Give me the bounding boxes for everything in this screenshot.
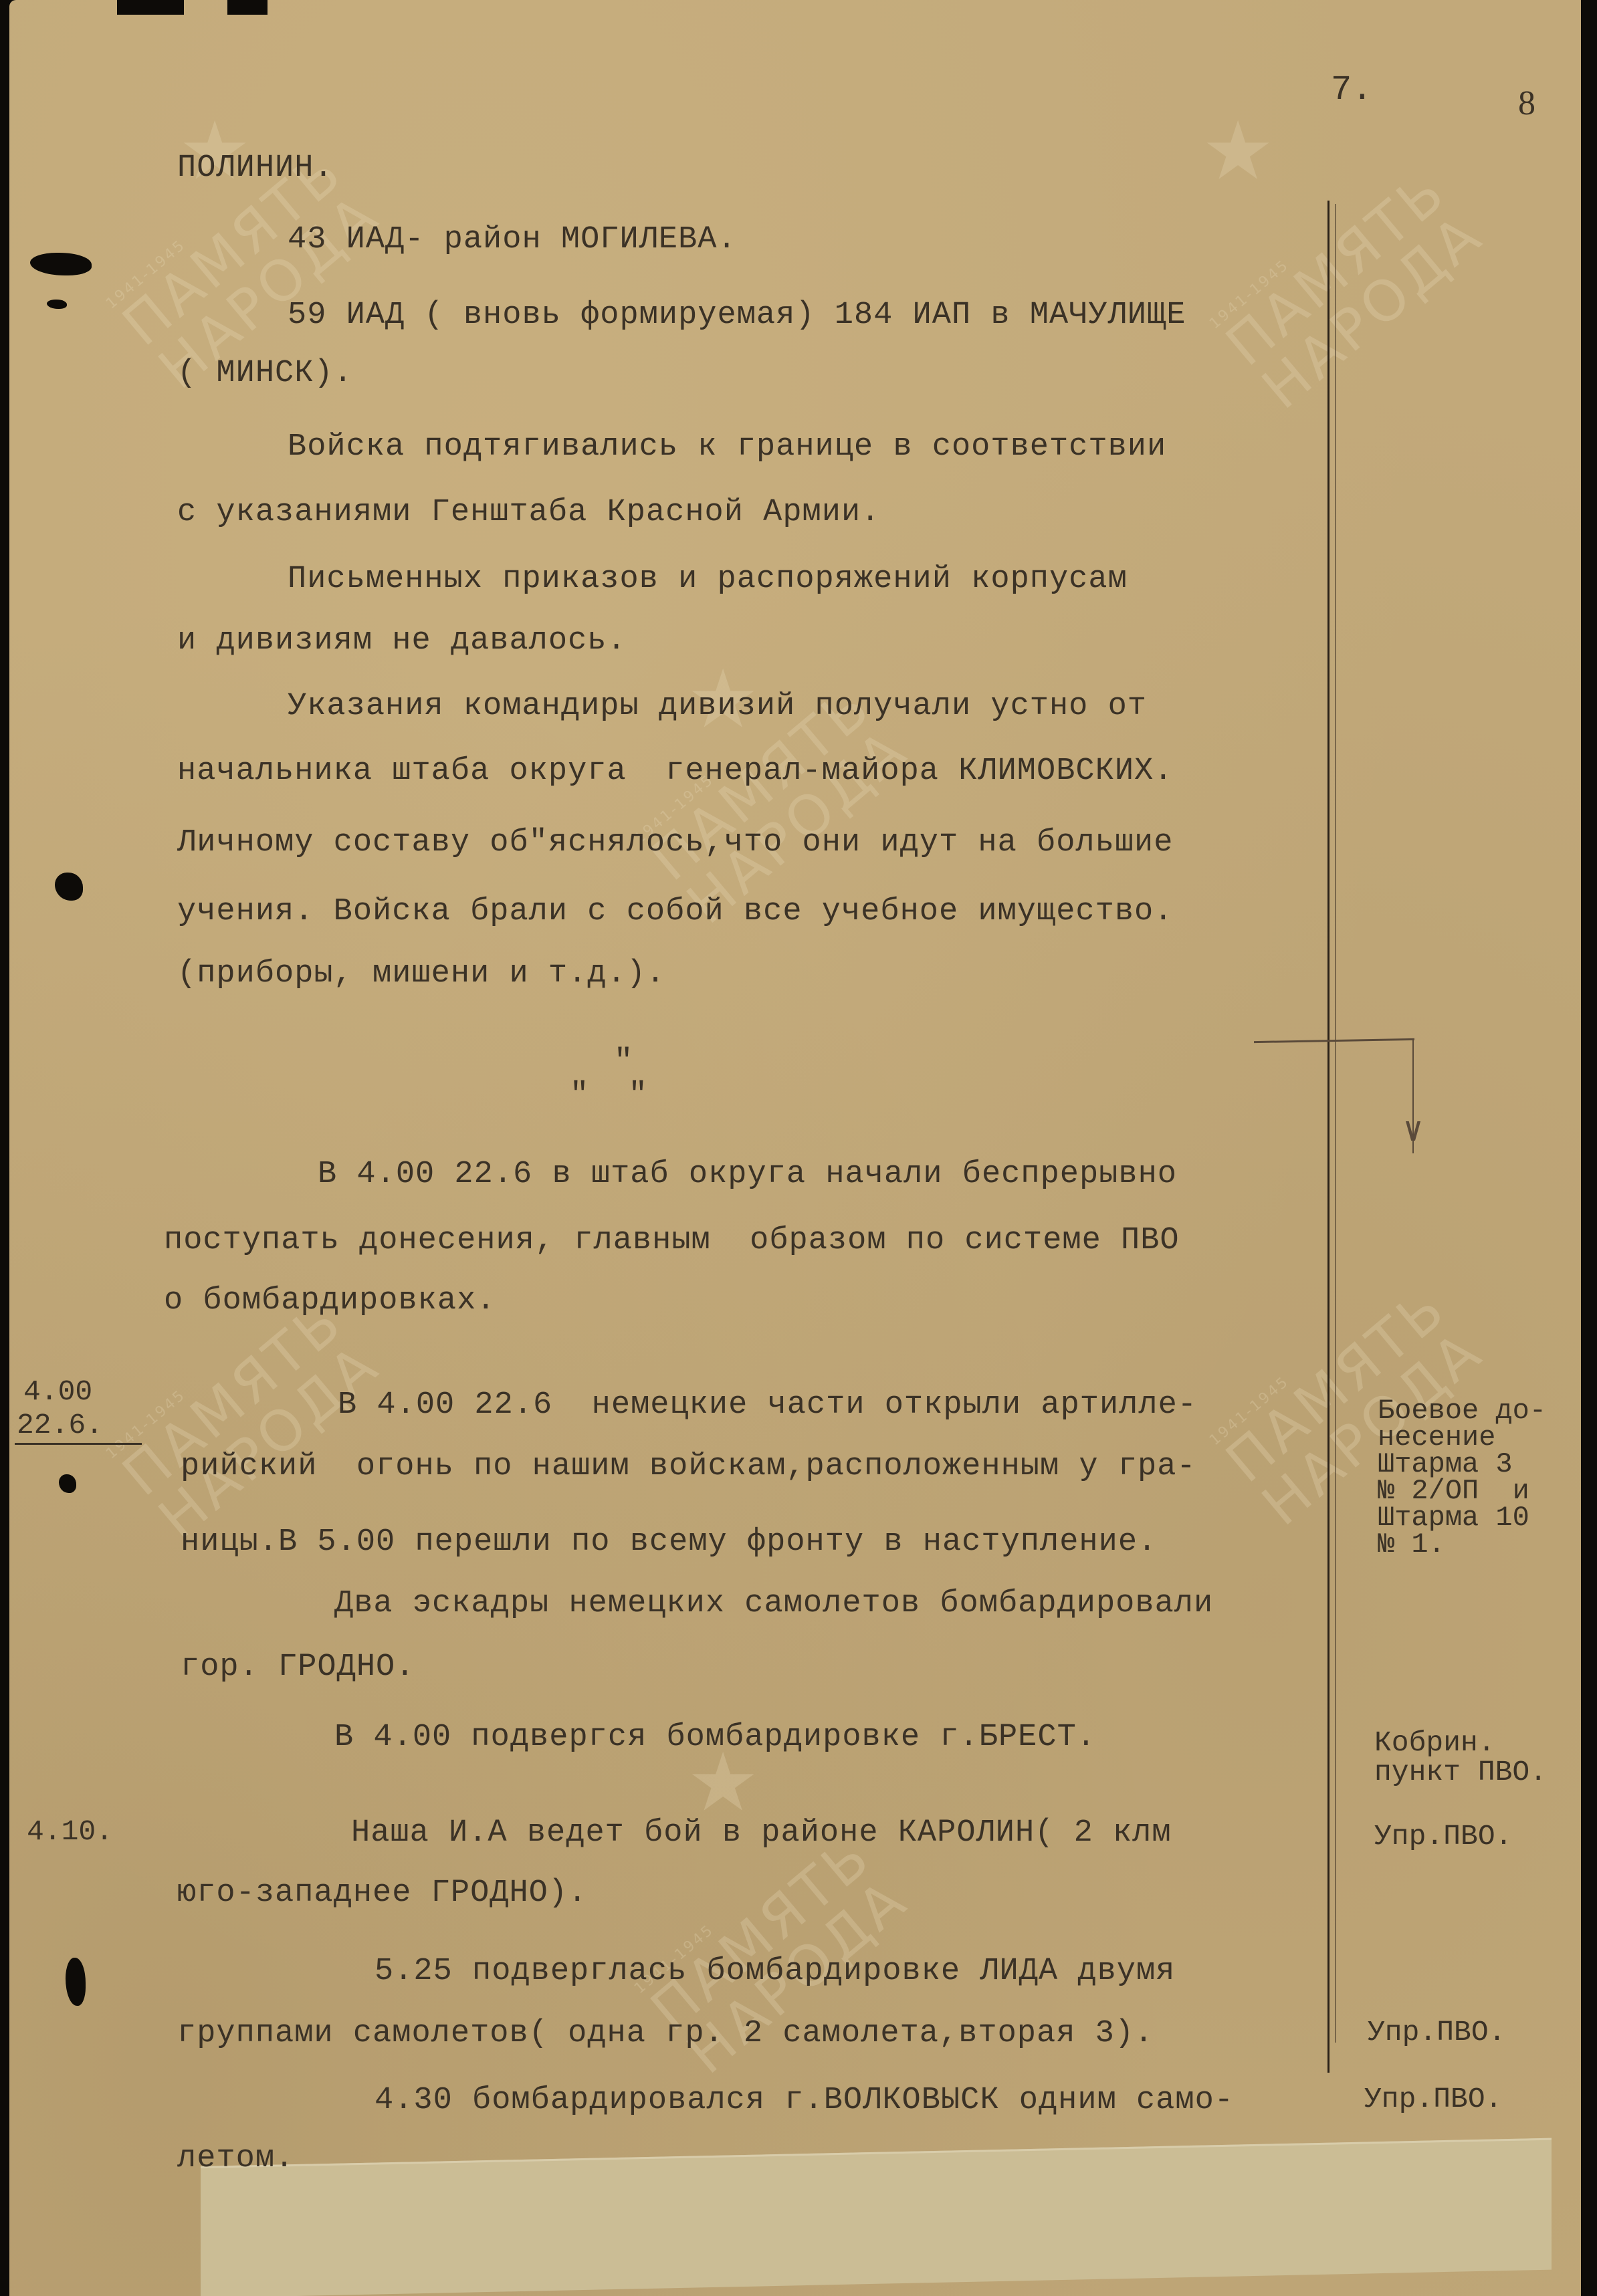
- body-line: Наша И.А ведет бой в районе КАРОЛИН( 2 к…: [351, 1817, 1172, 1849]
- body-line: летом.: [177, 2143, 294, 2174]
- margin-source: Боевое до- несение Штарма 3 № 2/ОП и Шта…: [1378, 1397, 1546, 1558]
- margin-source: Упр.ПВО.: [1364, 2085, 1502, 2114]
- body-line: начальника штаба округа генерал-майора К…: [177, 756, 1173, 787]
- margin-time: 4.00: [23, 1377, 92, 1407]
- margin-rule-secondary: [1335, 204, 1336, 2043]
- body-line: Два эскадры немецких самолетов бомбардир…: [334, 1588, 1213, 1619]
- margin-date: 22.6.: [17, 1411, 103, 1440]
- pencil-arrowhead-icon: ∨: [1403, 1110, 1423, 1151]
- page-number-stamped: 8: [1518, 84, 1535, 123]
- body-line: ницы.В 5.00 перешли по всему фронту в на…: [181, 1526, 1157, 1558]
- body-line: и дивизиям не давалось.: [177, 625, 627, 657]
- ditto-mark: ": [614, 1046, 633, 1078]
- margin-source: Кобрин. пункт ПВО.: [1374, 1728, 1547, 1787]
- body-line: о бомбардировках.: [164, 1285, 496, 1316]
- body-line: В 4.00 22.6 в штаб округа начали беспрер…: [318, 1159, 1177, 1190]
- margin-rule: [1327, 201, 1329, 2073]
- body-line: поступать донесения, главным образом по …: [164, 1225, 1180, 1256]
- margin-source: Упр.ПВО.: [1374, 1822, 1512, 1851]
- body-line: 5.25 подверглась бомбардировке ЛИДА двум…: [375, 1956, 1175, 1987]
- body-line: 4.30 бомбардировался г.ВОЛКОВЫСК одним с…: [375, 2085, 1234, 2116]
- body-line: В 4.00 подвергся бомбардировке г.БРЕСТ.: [334, 1722, 1096, 1753]
- body-line: учения. Войска брали с собой все учебное…: [177, 896, 1173, 927]
- body-line: Войска подтягивались к границе в соответ…: [288, 431, 1166, 463]
- body-line: юго-западнее ГРОДНО).: [177, 1877, 587, 1909]
- body-line: (приборы, мишени и т.д.).: [177, 958, 665, 990]
- body-line: Указания командиры дивизий получали устн…: [288, 691, 1147, 722]
- margin-source: Упр.ПВО.: [1368, 2018, 1505, 2047]
- page-number-typed: 7.: [1331, 70, 1372, 110]
- body-line: В 4.00 22.6 немецкие части открыли артил…: [338, 1389, 1197, 1421]
- body-line: с указаниями Генштаба Красной Армии.: [177, 497, 880, 528]
- body-line: 59 ИАД ( вновь формируемая) 184 ИАП в МА…: [288, 300, 1186, 331]
- paper-patch: [201, 2138, 1552, 2296]
- body-line: 43 ИАД- район МОГИЛЕВА.: [288, 224, 737, 255]
- body-line: гор. ГРОДНО.: [181, 1651, 415, 1683]
- tape-fragment: [227, 0, 268, 15]
- date-underline: [15, 1443, 142, 1445]
- body-line: рийский огонь по нашим войскам,расположе…: [181, 1451, 1196, 1482]
- body-line: Письменных приказов и распоряжений корпу…: [288, 564, 1128, 595]
- body-line: группами самолетов( одна гр. 2 самолета,…: [177, 2018, 1154, 2049]
- ditto-mark: " ": [570, 1080, 648, 1111]
- body-line: ПОЛИНИН.: [177, 152, 334, 184]
- body-line: ( МИНСК).: [177, 358, 353, 389]
- paper-hole: [59, 1474, 76, 1493]
- margin-time: 4.10.: [27, 1817, 113, 1847]
- body-line: Личному составу об"яснялось,что они идут…: [177, 827, 1173, 858]
- star-watermark-icon: ★: [1204, 94, 1272, 207]
- tape-fragment: [117, 0, 184, 15]
